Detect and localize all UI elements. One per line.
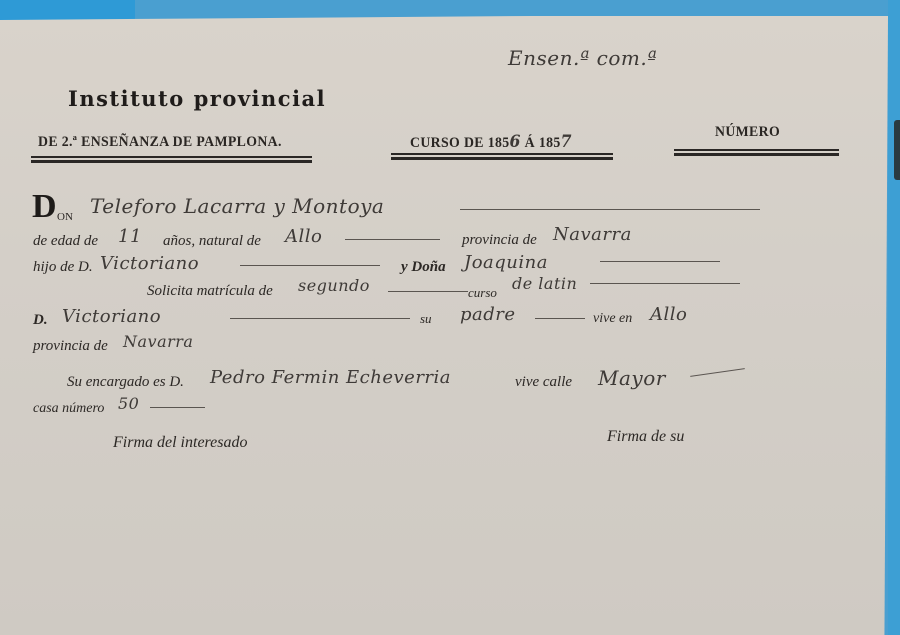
background-surface-right xyxy=(888,0,900,635)
house-number-value: 50 xyxy=(118,394,139,413)
lives-in-value: Allo xyxy=(650,304,687,325)
mother-label: y Doña xyxy=(401,259,446,276)
house-number-fill-line xyxy=(150,407,205,408)
father-value: Victoriano xyxy=(100,253,199,274)
agent-value: Pedro Fermin Echeverria xyxy=(210,367,451,388)
course-year-end: 7 xyxy=(561,132,572,152)
age-label: de edad de xyxy=(33,233,98,250)
header-rule-middle xyxy=(391,153,613,160)
agent-label: Su encargado es D. xyxy=(67,374,184,391)
header-rule-left xyxy=(31,156,312,163)
enrollment-label: Solicita matrícula de xyxy=(147,283,273,300)
father-label: hijo de D. xyxy=(33,259,93,276)
age-value: 11 xyxy=(118,226,142,247)
course-label: CURSO DE 185 xyxy=(410,135,510,151)
registration-form-paper: Ensen.ª com.ª Instituto provincial DE 2.… xyxy=(0,16,888,635)
mother-value: Joaquina xyxy=(464,252,548,273)
don-initial: D xyxy=(32,188,57,226)
mother-fill-line xyxy=(600,261,720,262)
relation-value: padre xyxy=(460,304,516,325)
course-years: CURSO DE 1856 Á 1857 xyxy=(410,132,572,152)
guardian-fill-line xyxy=(230,318,410,319)
relation-fill-line xyxy=(535,318,585,319)
handwritten-annotation: Ensen.ª com.ª xyxy=(508,46,657,70)
paper-edge-shadow xyxy=(894,120,900,180)
course-word-label: curso xyxy=(468,285,497,301)
street-label: vive calle xyxy=(515,374,572,391)
number-label: NÚMERO xyxy=(715,124,780,141)
signature-applicant-label: Firma del interesado xyxy=(113,434,248,452)
house-number-label: casa número xyxy=(33,401,104,417)
guardian-province-value: Navarra xyxy=(123,332,193,351)
guardian-province-label: provincia de xyxy=(33,338,108,355)
student-name: Teleforo Lacarra y Montoya xyxy=(90,194,384,218)
enrollment-fill-line xyxy=(388,291,468,292)
course-fill-line xyxy=(590,283,740,284)
signature-parent-label: Firma de su xyxy=(607,428,684,446)
province-label: provincia de xyxy=(462,232,537,249)
guardian-prefix: D. xyxy=(33,312,48,329)
background-surface xyxy=(0,0,135,20)
course-connector: Á 185 xyxy=(525,135,561,151)
institution-subtitle: DE 2.ª ENSEÑANZA DE PAMPLONA. xyxy=(38,134,282,151)
institution-title: Instituto provincial xyxy=(68,86,326,111)
relation-label: su xyxy=(420,311,432,327)
name-fill-line xyxy=(460,209,760,210)
street-fill-line xyxy=(690,368,745,377)
years-label: años, natural de xyxy=(163,233,261,250)
course-year-start: 6 xyxy=(510,132,521,152)
enrollment-value: segundo xyxy=(298,276,370,295)
birthplace-value: Allo xyxy=(285,226,322,247)
father-fill-line xyxy=(240,265,380,266)
street-value: Mayor xyxy=(598,366,666,390)
birthplace-fill-line xyxy=(345,239,440,240)
header-rule-right xyxy=(674,149,839,156)
province-value: Navarra xyxy=(553,224,632,245)
guardian-value: Victoriano xyxy=(62,306,161,327)
course-subject-value: de latin xyxy=(512,274,577,293)
lives-in-label: vive en xyxy=(593,311,632,327)
don-suffix: ON xyxy=(57,211,73,223)
